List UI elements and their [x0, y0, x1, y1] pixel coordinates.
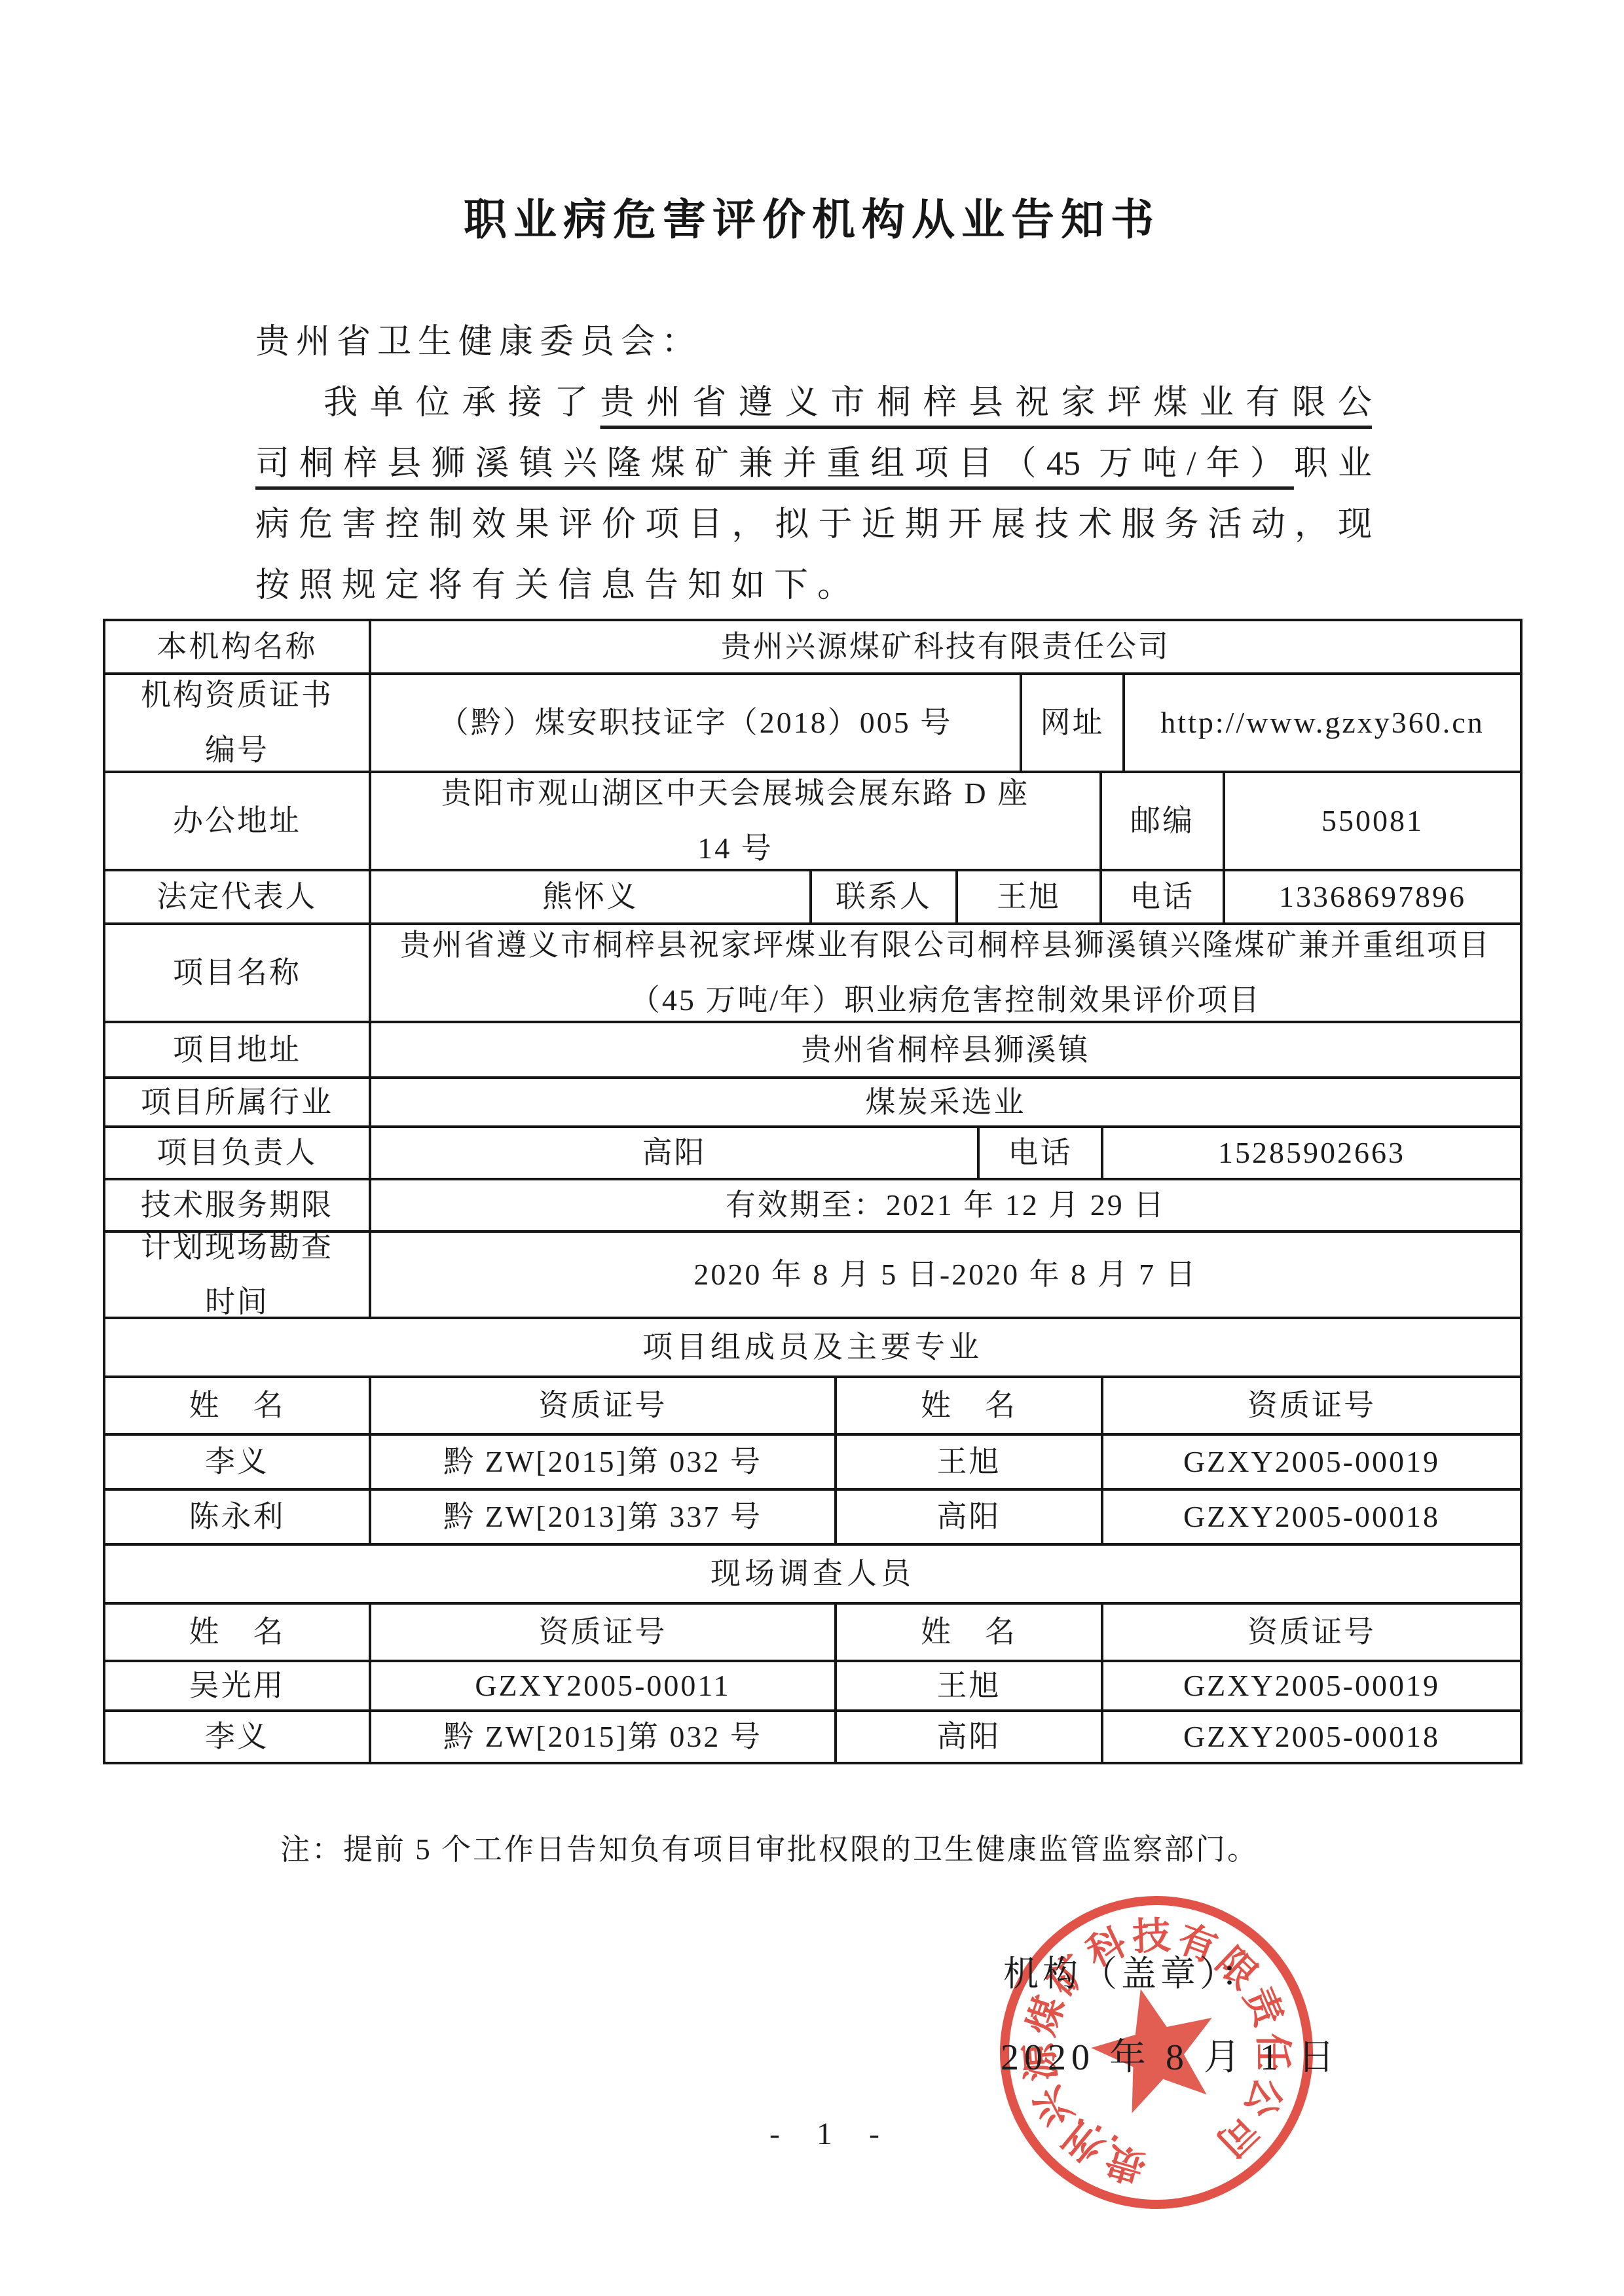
office-label: 办公地址	[105, 773, 371, 869]
org-name-label: 本机构名称	[105, 621, 371, 672]
service-term-value: 有效期至：2021 年 12 月 29 日	[371, 1180, 1520, 1230]
member-cert: GZXY2005-00019	[1103, 1436, 1520, 1488]
contact-value: 王旭	[958, 871, 1102, 922]
row-industry: 项目所属行业 煤炭采选业	[105, 1079, 1520, 1128]
phone-value: 13368697896	[1225, 871, 1520, 922]
pm-value: 高阳	[371, 1128, 980, 1178]
member-name: 李义	[105, 1712, 371, 1762]
industry-label: 项目所属行业	[105, 1079, 371, 1125]
survey-header-cert1: 资质证号	[371, 1605, 837, 1660]
member-name: 吴光用	[105, 1662, 371, 1709]
member-name: 王旭	[837, 1436, 1103, 1488]
team-header-cert1: 资质证号	[371, 1378, 837, 1433]
team-section-title: 项目组成员及主要专业	[105, 1319, 1520, 1376]
team-header-name1: 姓 名	[105, 1378, 371, 1433]
page-title: 职业病危害评价机构从业告知书	[0, 185, 1624, 247]
member-cert: GZXY2005-00018	[1103, 1491, 1520, 1543]
project-addr-value: 贵州省桐梓县狮溪镇	[371, 1023, 1520, 1076]
cert-label: 机构资质证书编号	[105, 675, 371, 771]
project-name-label: 项目名称	[105, 925, 371, 1021]
pm-phone-label: 电话	[980, 1128, 1103, 1178]
pm-label: 项目负责人	[105, 1128, 371, 1178]
survey-row-1: 吴光用 GZXY2005-00011 王旭 GZXY2005-00019	[105, 1662, 1520, 1712]
row-survey-section: 现场调查人员	[105, 1546, 1520, 1605]
survey-time-value: 2020 年 8 月 5 日-2020 年 8 月 7 日	[371, 1233, 1520, 1317]
seal-caption: 机构（盖章）：	[1003, 1946, 1261, 1996]
office-value: 贵阳市观山湖区中天会展城会展东路 D 座 14 号	[371, 773, 1102, 869]
contact-label: 联系人	[812, 871, 958, 922]
member-cert: 黔 ZW[2015]第 032 号	[371, 1436, 837, 1488]
document-date: 2020 年 8 月 1 日	[1001, 2028, 1340, 2081]
paragraph-line-3: 司桐梓县狮溪镇兴隆煤矿兼并重组项目（45 万吨/年）职业	[255, 433, 1372, 494]
svg-text:司: 司	[1209, 2107, 1266, 2164]
paragraph-line-4: 病危害控制效果评价项目，拟于近期开展技术服务活动，现	[255, 494, 1372, 555]
salutation: 贵州省卫生健康委员会：	[255, 312, 1372, 373]
team-row-1: 李义 黔 ZW[2015]第 032 号 王旭 GZXY2005-00019	[105, 1436, 1520, 1491]
member-name: 高阳	[837, 1491, 1103, 1543]
cert-value: （黔）煤安职技证字（2018）005 号	[371, 675, 1022, 771]
project-name-value: 贵州省遵义市桐梓县祝家坪煤业有限公司桐梓县狮溪镇兴隆煤矿兼并重组项目（45 万吨…	[371, 925, 1520, 1021]
scanned-document-page: { "title": "职业病危害评价机构从业告知书", "letter": {…	[0, 0, 1624, 2296]
website-value: http://www.gzxy360.cn	[1125, 675, 1520, 771]
row-project-addr: 项目地址 贵州省桐梓县狮溪镇	[105, 1023, 1520, 1079]
row-team-header: 姓 名 资质证号 姓 名 资质证号	[105, 1378, 1520, 1436]
zip-value: 550081	[1225, 773, 1520, 869]
line2-underlined-project: 贵州省遵义市桐梓县祝家坪煤业有限公	[600, 384, 1372, 422]
member-cert: GZXY2005-00011	[371, 1662, 837, 1709]
industry-value: 煤炭采选业	[371, 1079, 1520, 1125]
survey-header-name2: 姓 名	[837, 1605, 1103, 1660]
member-name: 高阳	[837, 1712, 1103, 1762]
team-header-name2: 姓 名	[837, 1378, 1103, 1433]
row-legal-rep: 法定代表人 熊怀义 联系人 王旭 电话 13368697896	[105, 871, 1520, 925]
phone-label: 电话	[1102, 871, 1225, 922]
survey-time-label: 计划现场勘查时间	[105, 1233, 371, 1317]
paragraph-line-5: 按照规定将有关信息告知如下。	[255, 555, 1372, 616]
legal-rep-value: 熊怀义	[371, 871, 812, 922]
member-cert: GZXY2005-00019	[1103, 1662, 1520, 1709]
survey-header-name1: 姓 名	[105, 1605, 371, 1660]
row-project-manager: 项目负责人 高阳 电话 15285902663	[105, 1128, 1520, 1180]
team-row-2: 陈永利 黔 ZW[2013]第 337 号 高阳 GZXY2005-00018	[105, 1491, 1520, 1546]
team-header-cert2: 资质证号	[1103, 1378, 1520, 1433]
legal-rep-label: 法定代表人	[105, 871, 371, 922]
member-name: 陈永利	[105, 1491, 371, 1543]
member-name: 王旭	[837, 1662, 1103, 1709]
page-number: - 1 -	[701, 2116, 963, 2152]
member-cert: 黔 ZW[2015]第 032 号	[371, 1712, 837, 1762]
org-name-value: 贵州兴源煤矿科技有限责任公司	[371, 621, 1520, 672]
zip-label: 邮编	[1102, 773, 1225, 869]
pm-phone-value: 15285902663	[1103, 1128, 1520, 1178]
member-name: 李义	[105, 1436, 371, 1488]
line3-underlined-project: 司桐梓县狮溪镇兴隆煤矿兼并重组项目（45 万吨/年）	[255, 445, 1294, 483]
row-office: 办公地址 贵阳市观山湖区中天会展城会展东路 D 座 14 号 邮编 550081	[105, 773, 1520, 871]
line2-prefix: 我单位承接了	[323, 384, 600, 422]
row-cert: 机构资质证书编号 （黔）煤安职技证字（2018）005 号 网址 http://…	[105, 675, 1520, 773]
survey-section-title: 现场调查人员	[105, 1546, 1520, 1602]
line3-suffix: 职业	[1294, 445, 1372, 483]
website-label: 网址	[1022, 675, 1125, 771]
info-table: 本机构名称 贵州兴源煤矿科技有限责任公司 机构资质证书编号 （黔）煤安职技证字（…	[103, 619, 1522, 1764]
row-survey-header: 姓 名 资质证号 姓 名 资质证号	[105, 1605, 1520, 1662]
member-cert: GZXY2005-00018	[1103, 1712, 1520, 1762]
paragraph-line-2: 我单位承接了贵州省遵义市桐梓县祝家坪煤业有限公	[255, 373, 1372, 433]
row-project-name: 项目名称 贵州省遵义市桐梓县祝家坪煤业有限公司桐梓县狮溪镇兴隆煤矿兼并重组项目（…	[105, 925, 1520, 1023]
member-cert: 黔 ZW[2013]第 337 号	[371, 1491, 837, 1543]
row-survey-time: 计划现场勘查时间 2020 年 8 月 5 日-2020 年 8 月 7 日	[105, 1233, 1520, 1319]
survey-row-2: 李义 黔 ZW[2015]第 032 号 高阳 GZXY2005-00018	[105, 1712, 1520, 1762]
row-org-name: 本机构名称 贵州兴源煤矿科技有限责任公司	[105, 621, 1520, 675]
letter-body: 贵州省卫生健康委员会： 我单位承接了贵州省遵义市桐梓县祝家坪煤业有限公 司桐梓县…	[255, 312, 1372, 616]
survey-header-cert2: 资质证号	[1103, 1605, 1520, 1660]
row-team-section: 项目组成员及主要专业	[105, 1319, 1520, 1378]
footnote: 注：提前 5 个工作日告知负有项目审批权限的卫生健康监管监察部门。	[280, 1825, 1259, 1868]
project-addr-label: 项目地址	[105, 1023, 371, 1076]
